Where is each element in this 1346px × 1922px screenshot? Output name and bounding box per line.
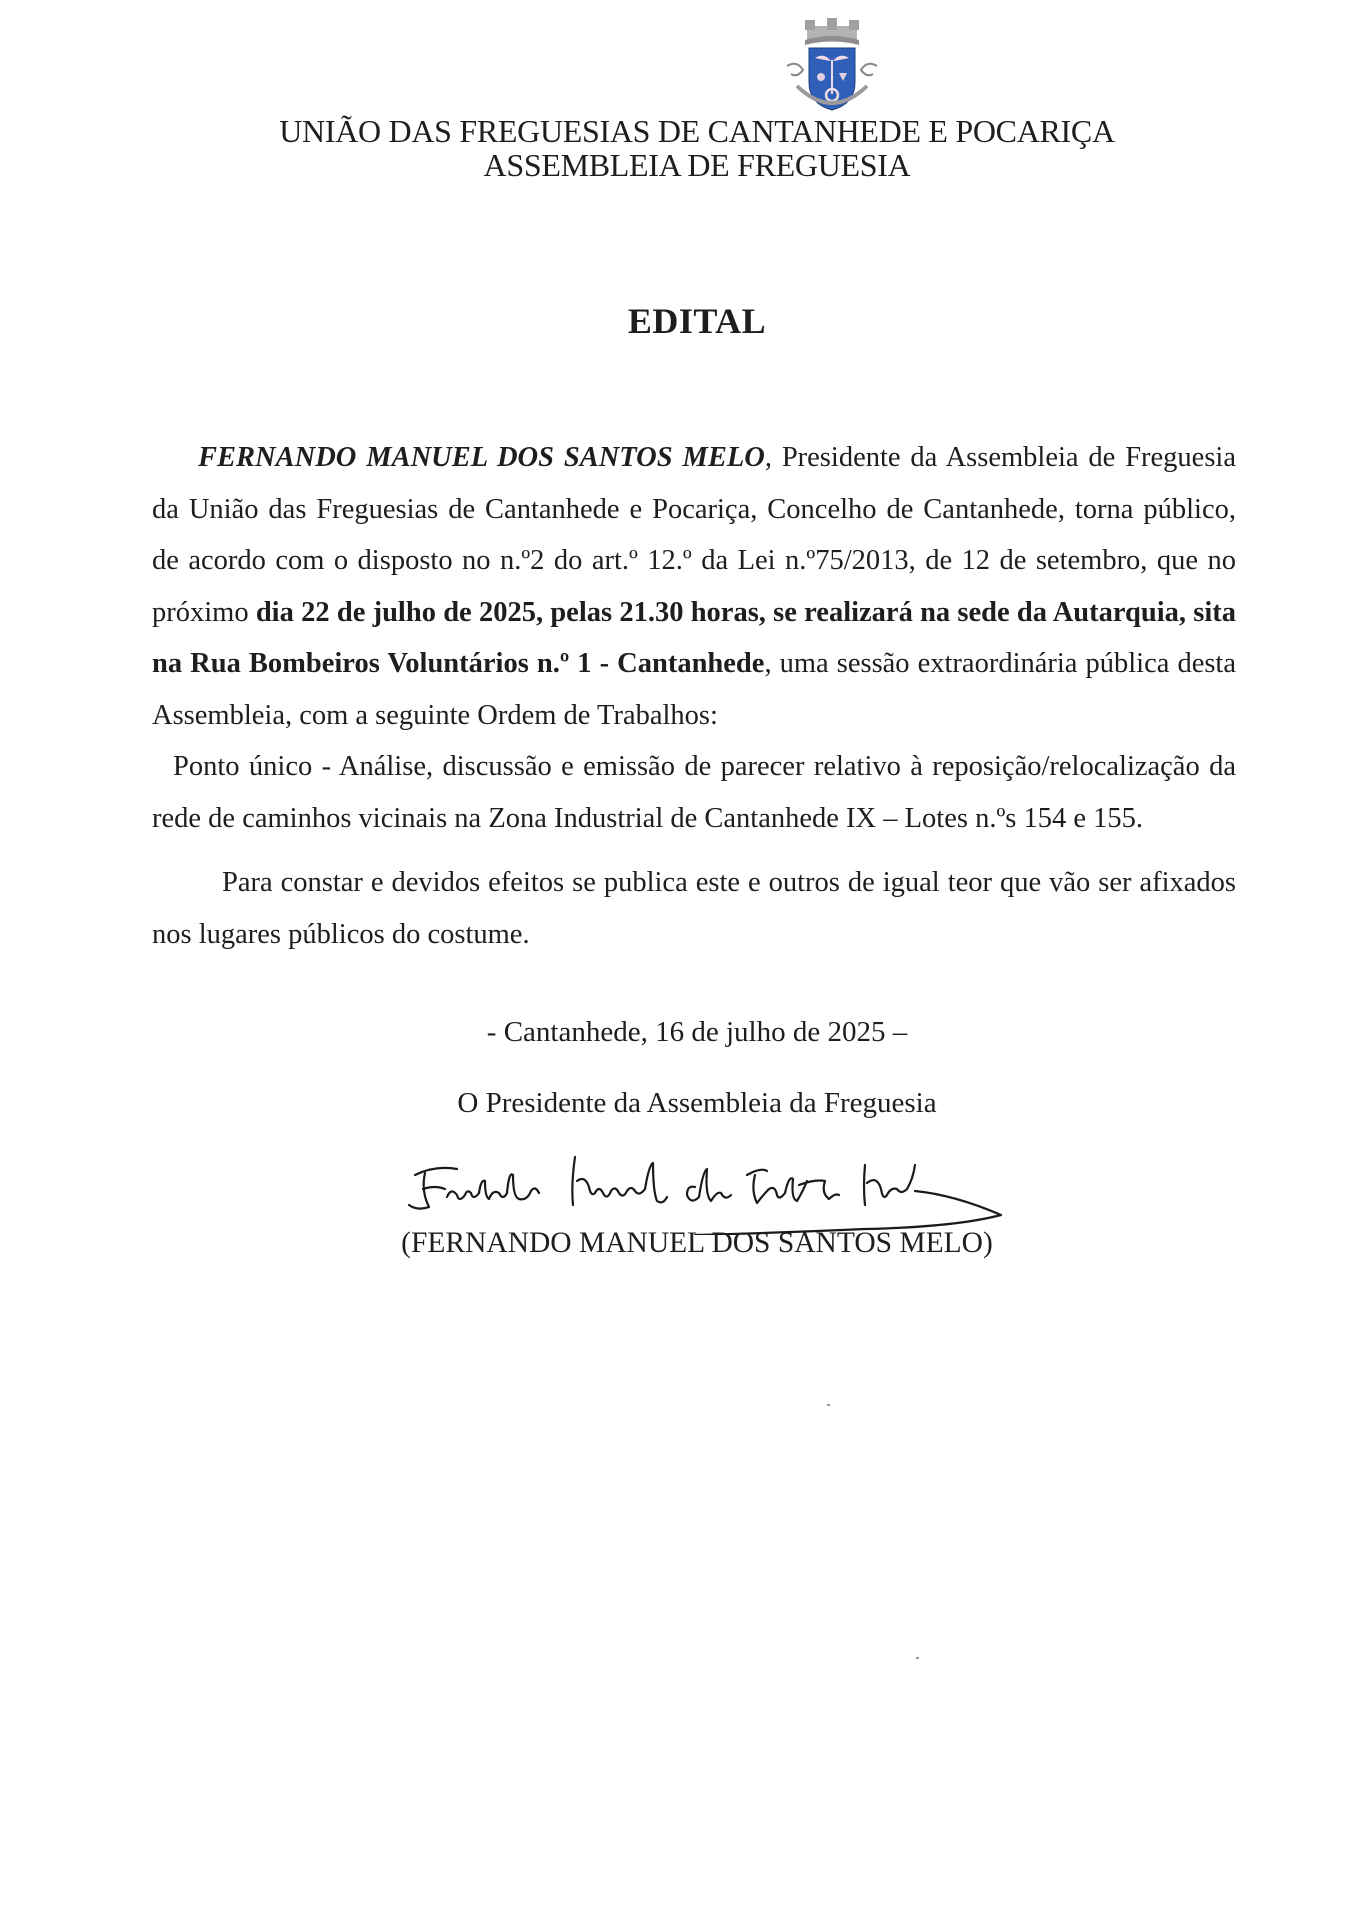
header-line-1: UNIÃO DAS FREGUESIAS DE CANTANHEDE E POC… — [0, 114, 1346, 148]
signatory-title: O Presidente da Assembleia da Freguesia — [0, 1087, 1346, 1120]
president-name: FERNANDO MANUEL DOS SANTOS MELO — [198, 442, 765, 473]
coat-of-arms-icon — [757, 12, 907, 122]
document-page: UNIÃO DAS FREGUESIAS DE CANTANHEDE E POC… — [0, 0, 1346, 1922]
agenda-item: Ponto único - Análise, discussão e emiss… — [152, 741, 1236, 844]
scan-speck — [916, 1657, 919, 1659]
signatory-printed-name: (FERNANDO MANUEL DOS SANTOS MELO) — [0, 1227, 1346, 1260]
signature-icon — [395, 1135, 1015, 1235]
paragraph-publication: Para constar e devidos efeitos se public… — [152, 857, 1236, 960]
scan-speck — [827, 1404, 830, 1406]
place-date: - Cantanhede, 16 de julho de 2025 – — [0, 1016, 1346, 1049]
paragraph-convocation: FERNANDO MANUEL DOS SANTOS MELO, Preside… — [152, 432, 1236, 741]
notice-body: FERNANDO MANUEL DOS SANTOS MELO, Preside… — [152, 432, 1236, 960]
header-line-2: ASSEMBLEIA DE FREGUESIA — [0, 148, 1346, 182]
document-title: EDITAL — [0, 300, 1346, 342]
